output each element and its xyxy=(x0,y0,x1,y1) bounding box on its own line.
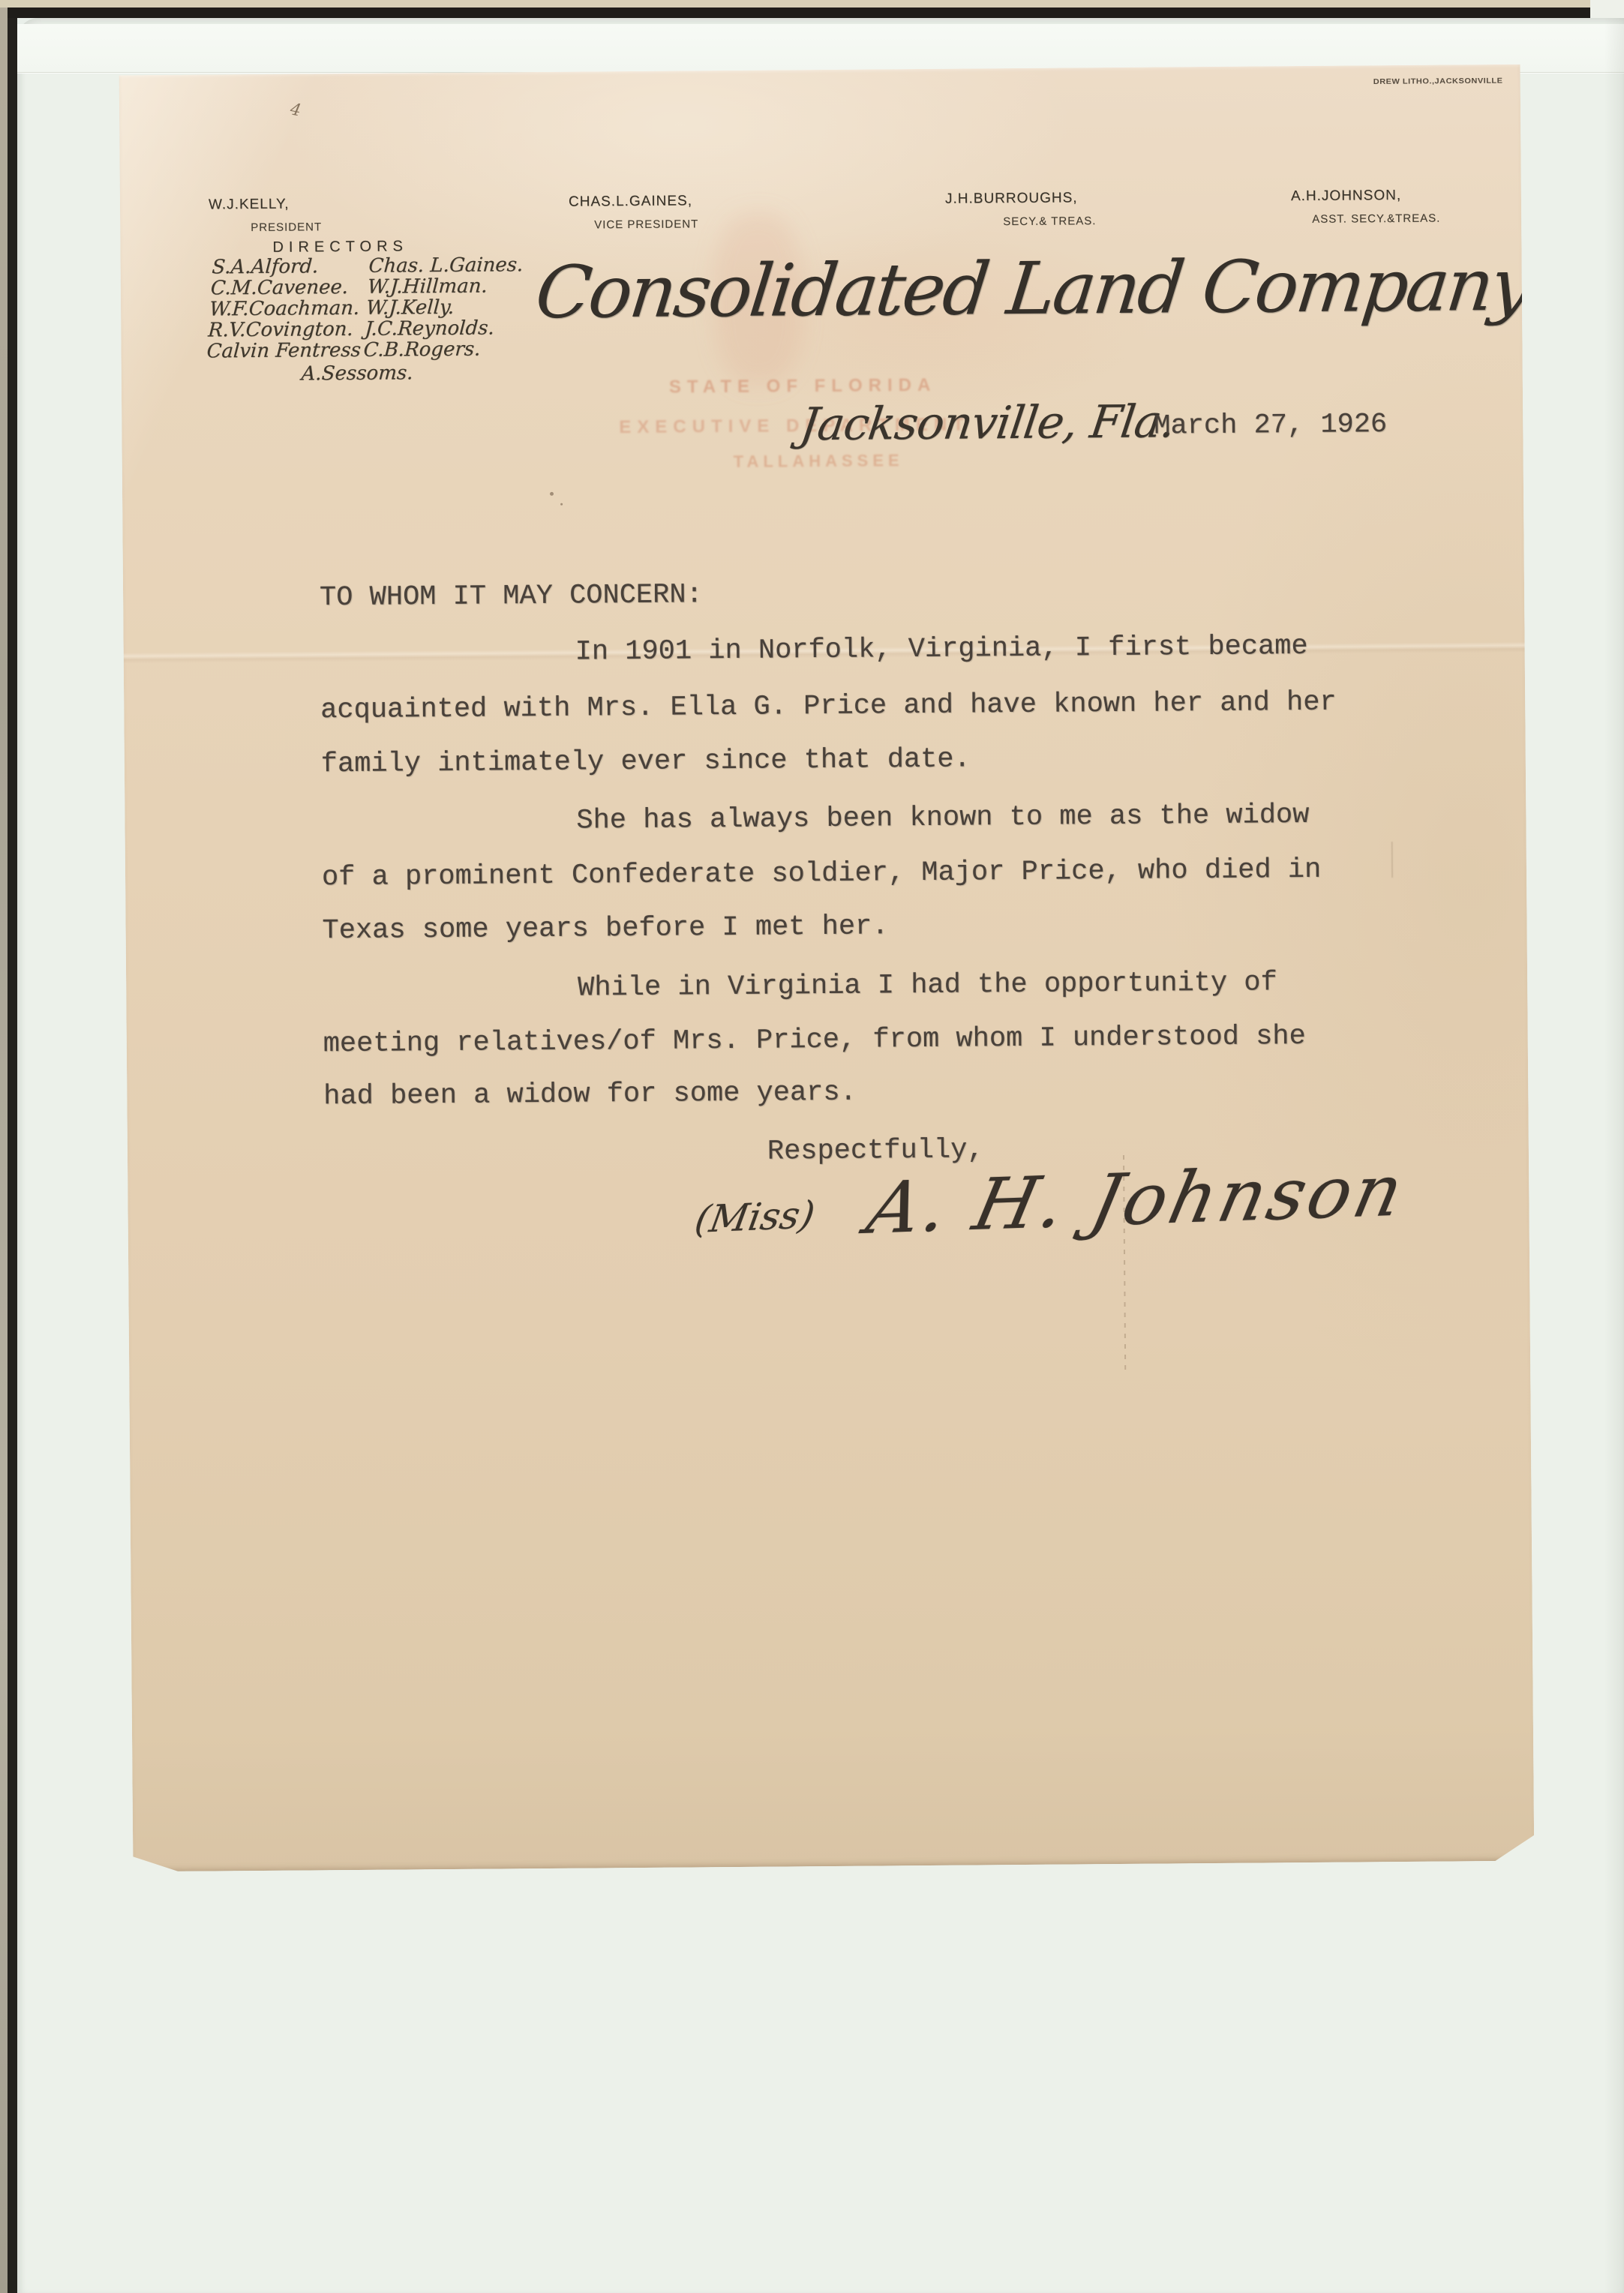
scan-edge-top xyxy=(0,0,1590,8)
officer-name: CHAS.L.GAINES, xyxy=(569,193,692,210)
ink-speck xyxy=(560,503,563,506)
directors-last: A.Sessoms. xyxy=(301,362,414,385)
salutation: TO WHOM IT MAY CONCERN: xyxy=(320,579,703,614)
watermark-state-of-florida: STATE OF FLORIDA xyxy=(669,375,937,398)
city-script: Jacksonville, Fla. xyxy=(797,395,1178,451)
directors-column-left: S.A.Alford. C.M.Cavenee. W.F.Coachman. R… xyxy=(206,256,367,362)
officer-title: ASST. SECY.&TREAS. xyxy=(1312,212,1440,226)
pencil-mark: 4 xyxy=(289,100,303,120)
officer-title: SECY.& TREAS. xyxy=(1003,215,1096,228)
officer-name: A.H.JOHNSON, xyxy=(1291,188,1401,205)
ink-speck xyxy=(550,492,554,496)
paper-streak xyxy=(1391,842,1393,878)
letter-paper: DREW LITHO.,JACKSONVILLE 4 W.J.KELLY, PR… xyxy=(119,65,1535,1872)
body-line: While in Virginia I had the opportunity … xyxy=(578,967,1277,1004)
body-line: meeting relatives/of Mrs. Price, from wh… xyxy=(323,1021,1306,1060)
signature-prefix: (Miss) xyxy=(692,1193,818,1241)
scan-frame-top xyxy=(8,8,1592,18)
closing: Respectfully, xyxy=(767,1134,984,1167)
body-line: acquainted with Mrs. Ella G. Price and h… xyxy=(320,687,1337,727)
watermark-tallahassee: TALLAHASSEE xyxy=(734,451,904,472)
date-line: March 27, 1926 xyxy=(1154,409,1387,442)
body-line: She has always been known to me as the w… xyxy=(576,800,1309,837)
body-line: Texas some years before I met her. xyxy=(322,911,888,947)
scan-frame-left xyxy=(8,0,17,2293)
officer-name: J.H.BURROUGHS, xyxy=(945,190,1078,207)
scan-edge-left-outer xyxy=(0,0,8,2293)
body-line: of a prominent Confederate soldier, Majo… xyxy=(322,854,1322,893)
body-line: In 1901 in Norfolk, Virginia, I first be… xyxy=(575,631,1308,668)
body-line: family intimately ever since that date. xyxy=(321,743,971,780)
body-line: had been a widow for some years. xyxy=(323,1077,857,1113)
company-name: Consolidated Land Company xyxy=(531,243,1534,335)
officer-title: VICE PRESIDENT xyxy=(594,218,698,231)
officer-name: W.J.KELLY, xyxy=(209,197,290,214)
directors-column-right: Chas. L.Gaines. W.J.Hillman. W.J.Kelly. … xyxy=(363,254,524,361)
printer-credit: DREW LITHO.,JACKSONVILLE xyxy=(1373,77,1503,86)
scanned-letter-page: DREW LITHO.,JACKSONVILLE 4 W.J.KELLY, PR… xyxy=(0,0,1624,2293)
backing-sheet-right-shade xyxy=(1604,18,1624,2293)
officer-title: PRESIDENT xyxy=(251,221,322,234)
directors-heading: DIRECTORS xyxy=(272,238,408,256)
